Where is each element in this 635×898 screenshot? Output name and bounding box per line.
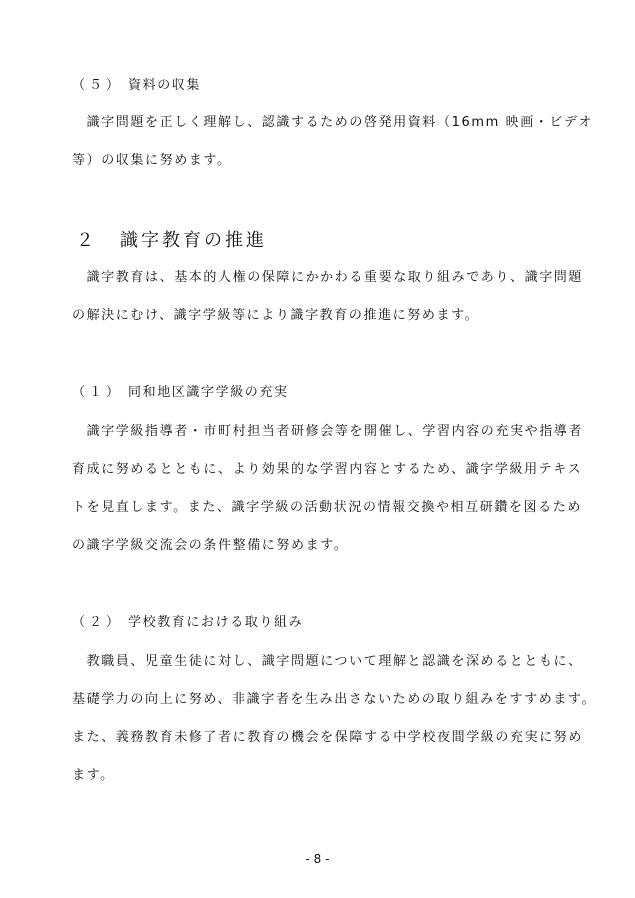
subsection-title: 同和地区識字学級の充実 [128,385,289,400]
paragraph-line: 育成に努めるとともに、より効果的な学習内容とするため、識字学級用テキス [72,458,582,477]
paragraph-line: の解決にむけ、識字学級等により識字教育の推進に努めます。 [72,304,479,323]
subsection-number: （１） [72,381,128,400]
subsection-heading-2: （２）学校教育における取り組み [72,611,303,630]
paragraph-line: 基礎学力の向上に努め、非識字者を生み出さないための取り組みをすすめます。 [72,688,596,707]
subsection-title: 学校教育における取り組み [128,615,303,630]
section-number: ２ [76,226,120,252]
subsection-heading-1: （１）同和地区識字学級の充実 [72,381,289,400]
paragraph-line: 識字教育は、基本的人権の保障にかかわる重要な取り組みであり、識字問題 [72,266,583,285]
page-number: - 8 - [0,852,635,866]
subsection-number: （５） [72,74,128,93]
subsection-number: （２） [72,611,128,630]
paragraph-line: 識字学級指導者・市町村担当者研修会等を開催し、学習内容の充実や指導者 [72,420,583,439]
paragraph-line: の識字学級交流会の条件整備に努めます。 [72,534,348,553]
paragraph-line: 等）の収集に努めます。 [72,149,232,168]
subsection-title: 資料の収集 [128,78,201,93]
subsection-heading-5: （５）資料の収集 [72,74,201,93]
paragraph-line: トを見直します。また、識字学級の活動状況の情報交換や相互研鑽を図るため [72,496,582,515]
paragraph-line: ます。 [72,764,115,783]
paragraph-line: 教職員、児童生徒に対し、識字問題について理解と認識を深めるとともに、 [72,650,583,669]
paragraph-line: 識字問題を正しく理解し、認識するための啓発用資料（16mm 映画・ビデオ [72,111,593,130]
section-heading-2: ２識字教育の推進 [76,226,267,252]
section-title: 識字教育の推進 [120,230,267,251]
paragraph-line: また、義務教育未修了者に教育の機会を保障する中学校夜間学級の充実に努め [72,726,583,745]
